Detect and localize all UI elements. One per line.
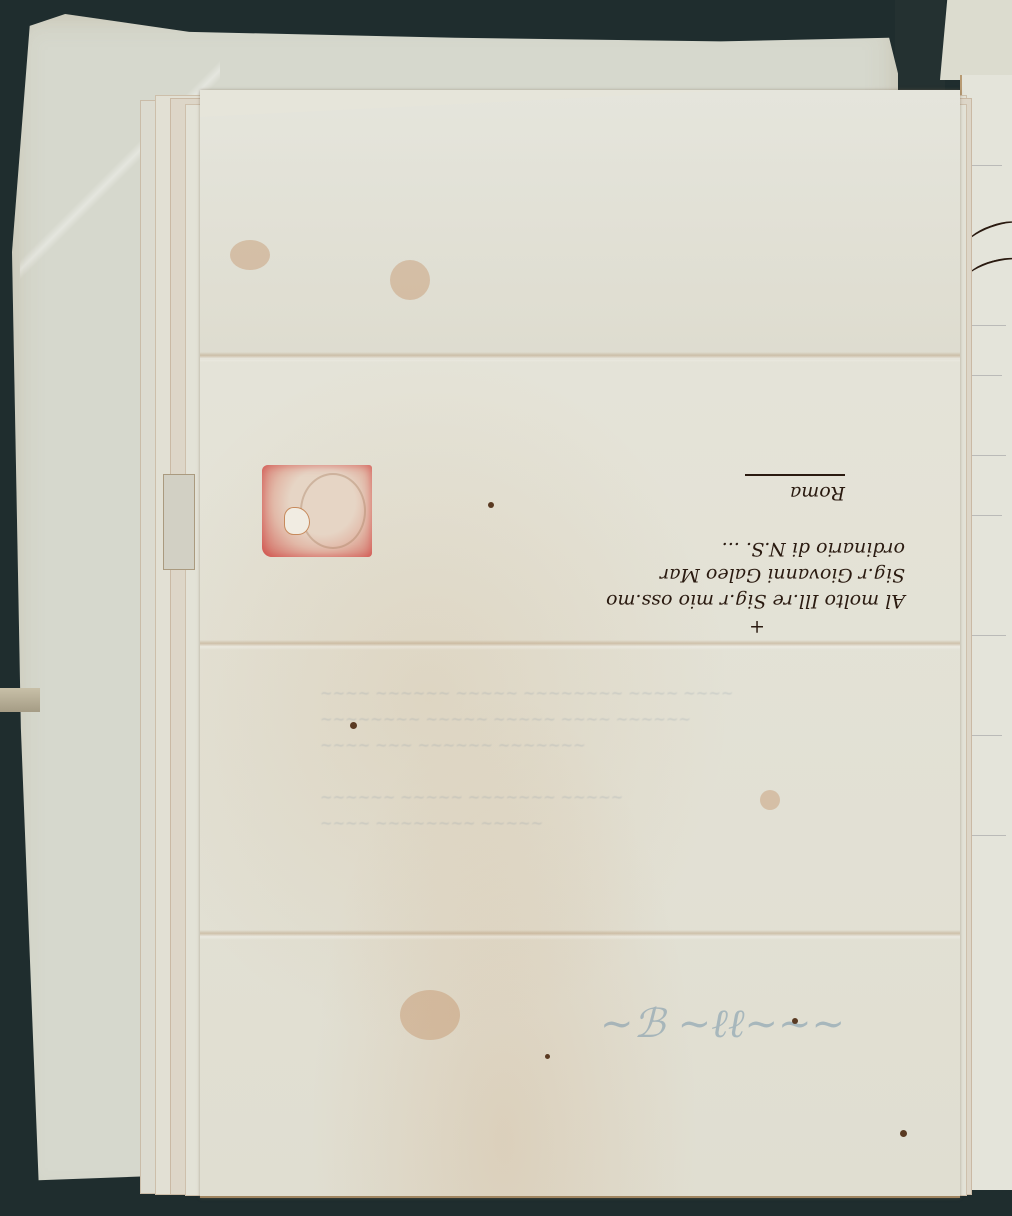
foxing-stain [400, 990, 460, 1040]
cross-mark: + [605, 614, 765, 640]
address-line: Sig.r Giovanni Galeo Mar [605, 562, 905, 588]
foxing-stain [390, 260, 430, 300]
faint-text-line [972, 455, 1006, 456]
folded-letter: ~~~~ ~~~~~~ ~~~~~ ~~~~~~~~ ~~~~ ~~~~ ~~~… [200, 90, 960, 1198]
seal-tear [284, 507, 310, 535]
faint-text-line [972, 835, 1006, 836]
binding-tie [0, 688, 40, 712]
address-block: + Al molto Ill.re Sig.r mio oss.mo Sig.r… [605, 400, 905, 640]
address-underline [745, 474, 845, 476]
ink-spot [792, 1018, 798, 1024]
address-city: Roma [605, 480, 845, 506]
wax-seal [262, 465, 372, 557]
fold-line [200, 930, 960, 940]
address-line: Al molto Ill.re Sig.r mio oss.mo [605, 588, 905, 614]
faint-text-line [972, 635, 1006, 636]
faint-text-line [972, 325, 1006, 326]
fold-line [200, 640, 960, 650]
faint-text-line [972, 515, 1002, 516]
right-page-corner [940, 0, 1012, 80]
paper-strip-tab [163, 474, 195, 570]
letter-top-flap [200, 90, 960, 360]
foxing-stain [760, 790, 780, 810]
faint-signature: ~ℬ ~ℓℓ~~~ [600, 1000, 845, 1047]
foxing-stain [230, 240, 270, 270]
faint-text-line [972, 375, 1002, 376]
fold-line [200, 352, 960, 362]
address-line: ordinario di N.S. ... [605, 536, 905, 562]
ink-spot [900, 1130, 907, 1137]
ink-spot [488, 502, 494, 508]
ink-spot [350, 722, 357, 729]
background-frame [895, 0, 945, 90]
seal-impression [300, 473, 366, 549]
faint-text-line [972, 735, 1002, 736]
bleed-through-text: ~~~~ ~~~~~~ ~~~~~ ~~~~~~~~ ~~~~ ~~~~ ~~~… [320, 680, 880, 836]
ink-spot [545, 1054, 550, 1059]
faint-text-line [972, 165, 1002, 166]
